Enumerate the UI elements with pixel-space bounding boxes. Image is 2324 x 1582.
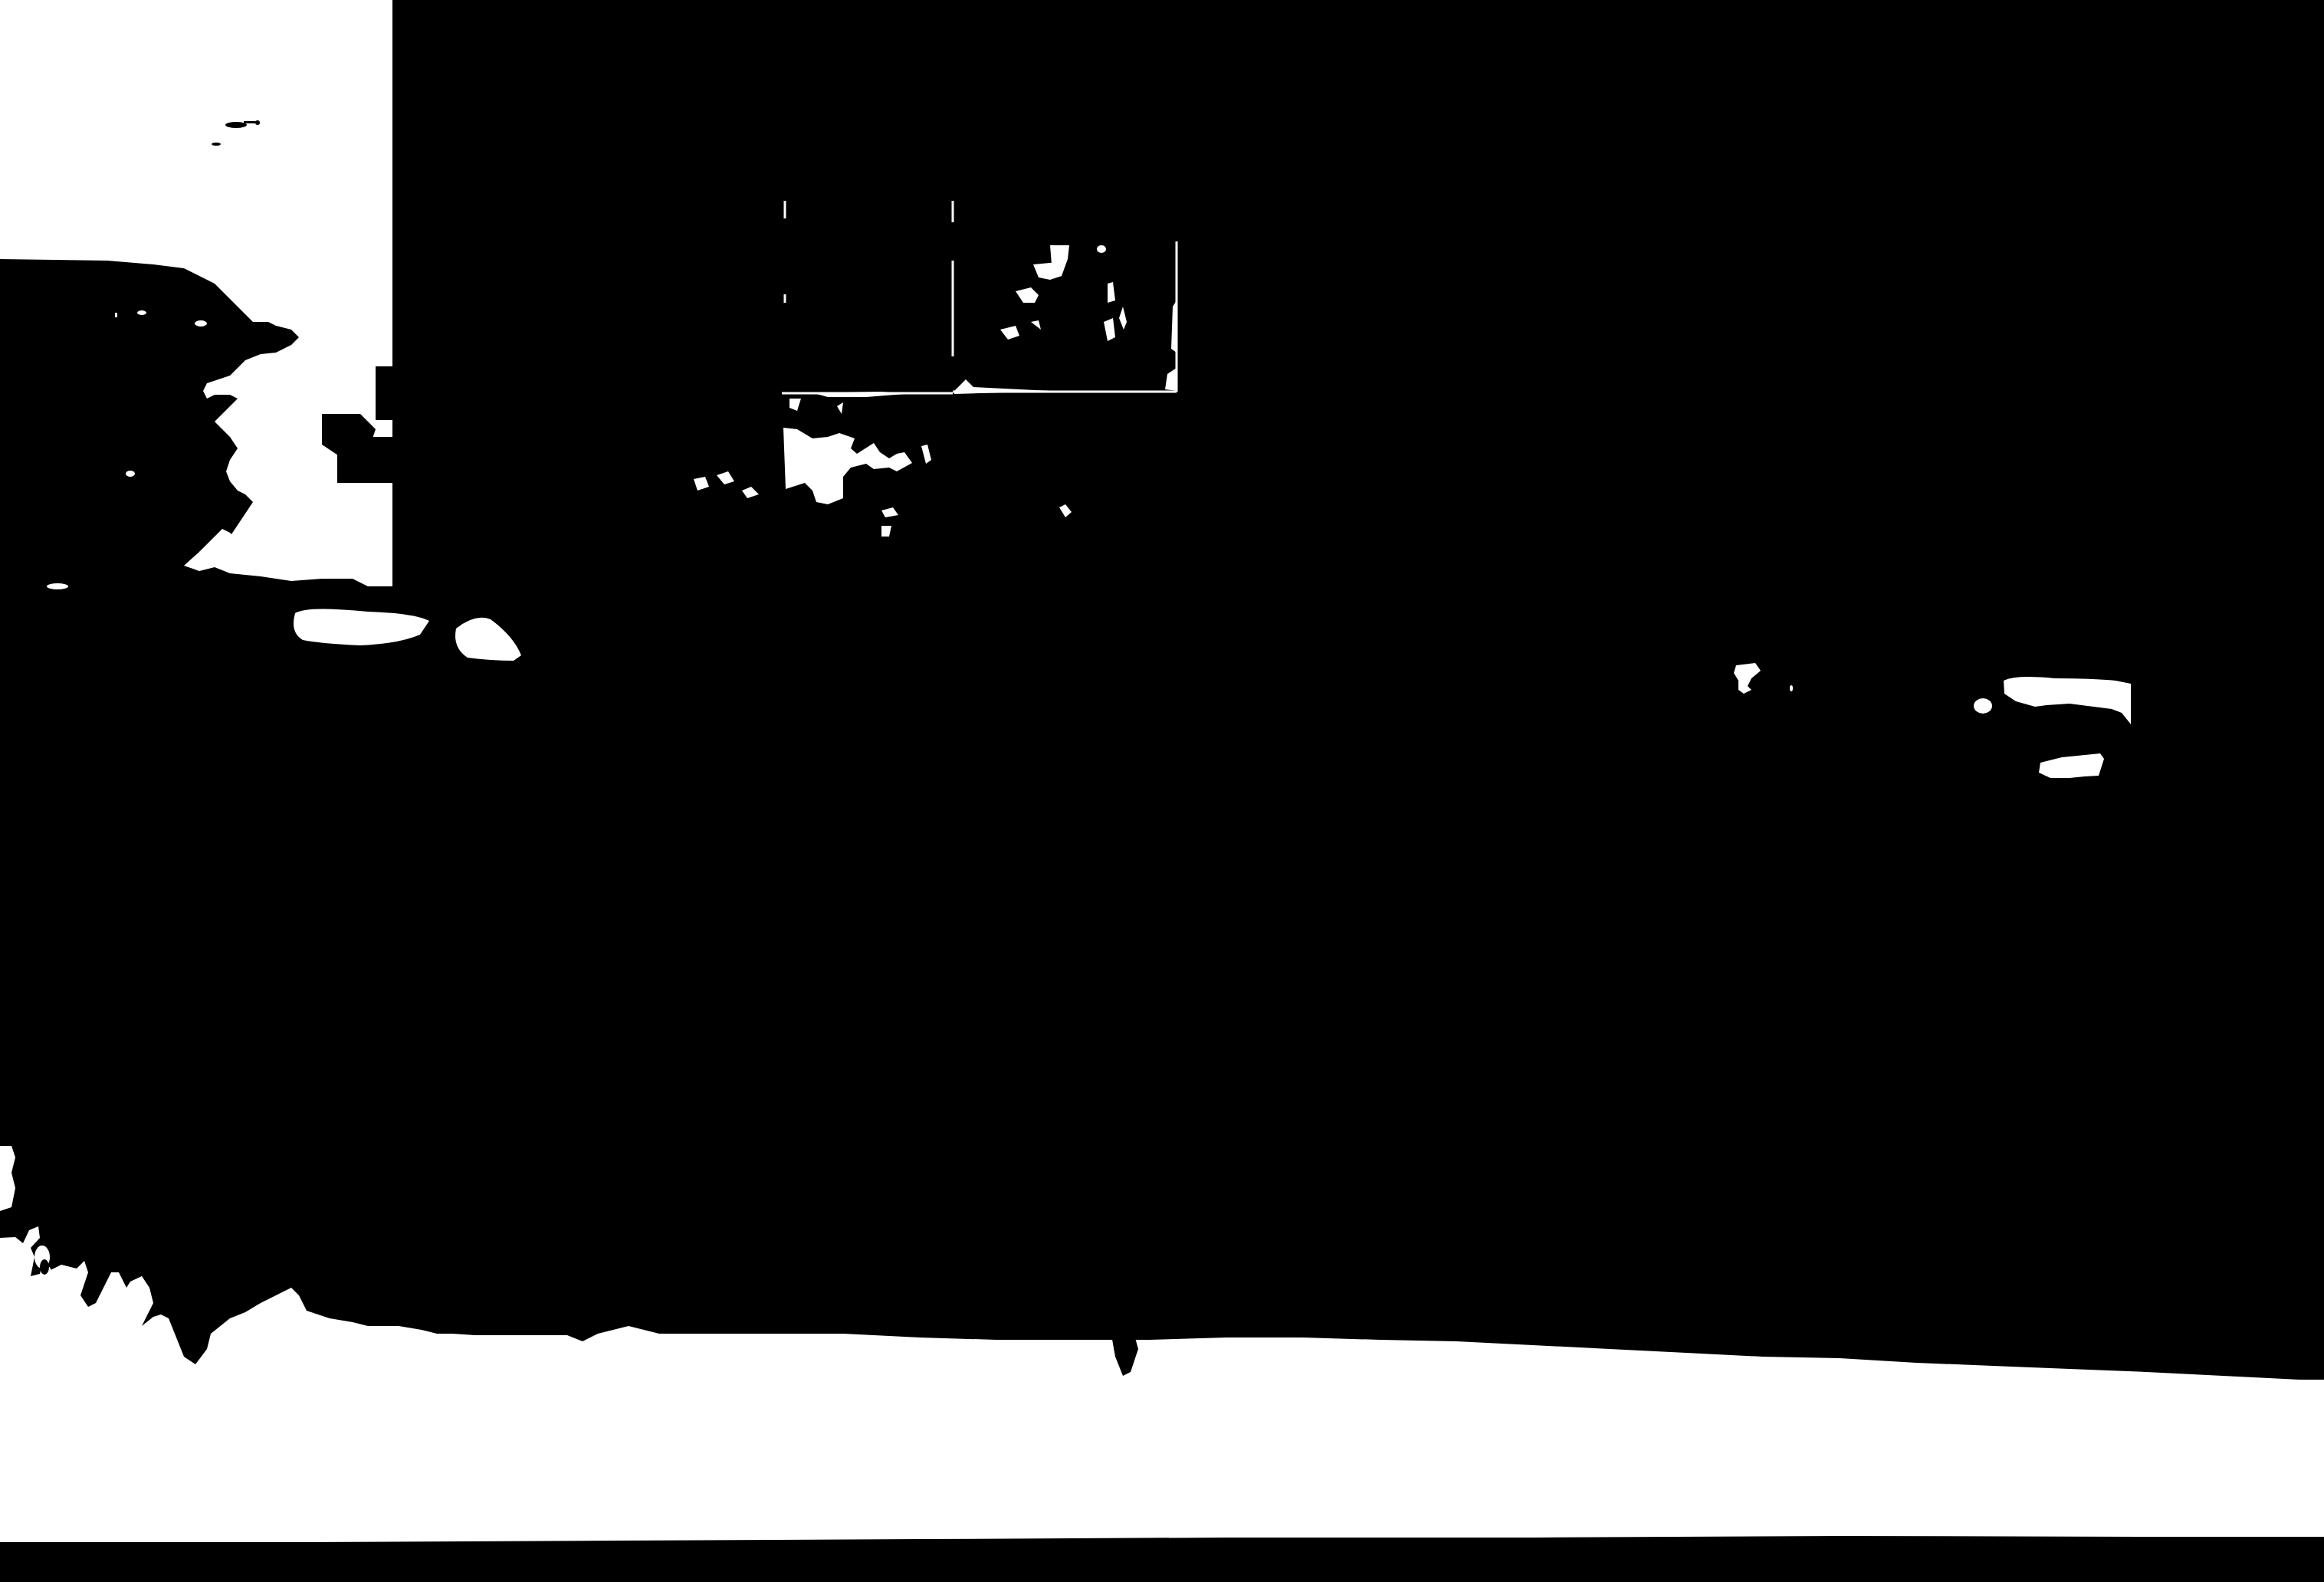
bottom-black-strip [0, 1542, 2324, 1582]
thresholded-image [0, 0, 2324, 1582]
